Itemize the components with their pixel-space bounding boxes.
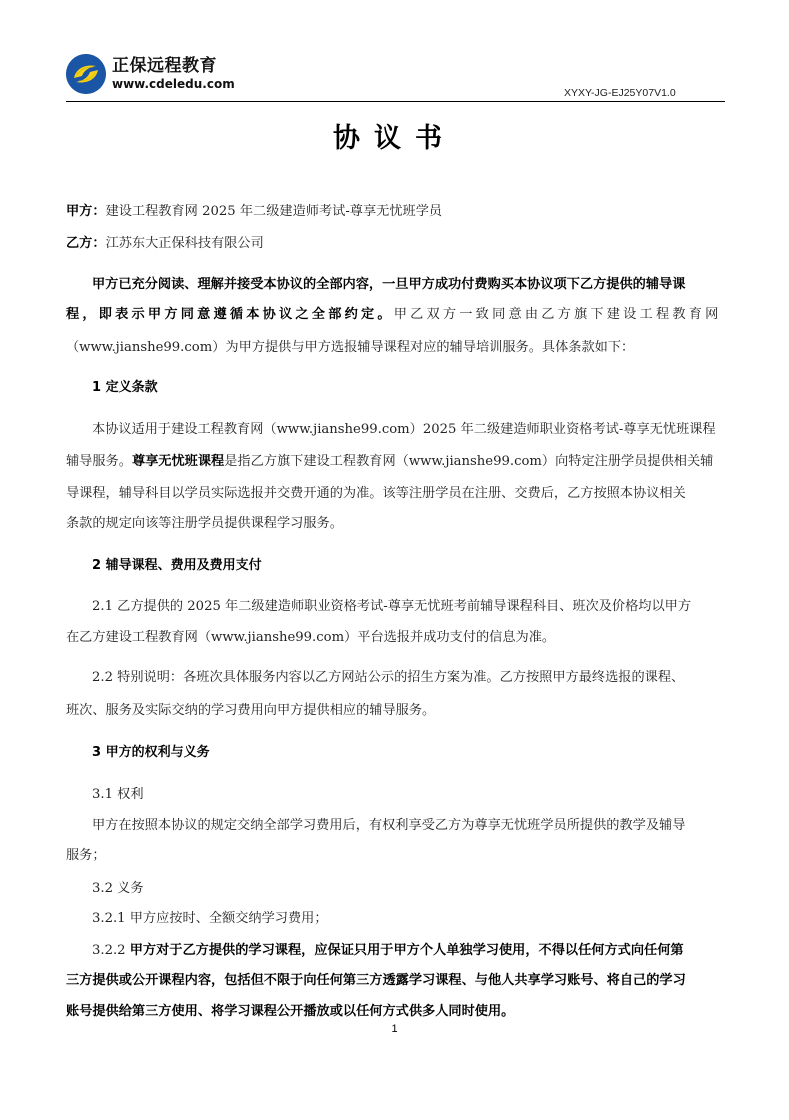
section-1-defined-term: 尊享无忧班课程 — [132, 454, 224, 469]
section-1-line-1: 本协议适用于建设工程教育网（www.jianshe99.com）2025 年二级… — [92, 421, 725, 439]
intro-line-2: 程，即表示甲方同意遵循本协议之全部约定。甲乙双方一致同意由乙方旗下建设工程教育网 — [66, 306, 725, 324]
section-1-line-2-prefix: 辅导服务。 — [66, 454, 132, 469]
section-1-line-3: 导课程，辅导科目以学员实际选报并交费开通的为准。该等注册学员在注册、交费后，乙方… — [66, 485, 725, 503]
intro-line-1: 甲方已充分阅读、理解并接受本协议的全部内容，一旦甲方成功付费购买本协议项下乙方提… — [92, 276, 725, 294]
section-1-line-2-suffix: 是指乙方旗下建设工程教育网（www.jianshe99.com）向特定注册学员提… — [224, 454, 713, 469]
clause-3-2-2-number: 3.2.2 — [92, 943, 130, 958]
clause-2-1-line-2: 在乙方建设工程教育网（www.jianshe99.com）平台选报并成功支付的信… — [66, 629, 725, 647]
clause-3-1-line-1: 甲方在按照本协议的规定交纳全部学习费用后，有权利享受乙方为尊享无忧班学员所提供的… — [92, 817, 725, 835]
clause-3-2-title: 3.2 义务 — [92, 880, 725, 898]
party-a-label: 甲方： — [66, 204, 106, 219]
party-b-value: 江苏东大正保科技有限公司 — [106, 236, 264, 251]
cdeledu-swirl-logo-icon — [66, 54, 106, 94]
clause-3-1-title: 3.1 权利 — [92, 786, 725, 804]
clause-2-2-line-2: 班次、服务及实际交纳的学习费用向甲方提供相应的辅导服务。 — [66, 702, 725, 720]
clause-3-1-line-2: 服务； — [66, 847, 725, 865]
party-b-line: 乙方：江苏东大正保科技有限公司 — [66, 235, 725, 253]
header-divider — [66, 101, 725, 102]
section-1-line-4: 条款的规定向该等注册学员提供课程学习服务。 — [66, 515, 725, 533]
clause-3-2-2-line-1: 3.2.2 甲方对于乙方提供的学习课程，应保证只用于甲方个人单独学习使用，不得以… — [92, 942, 725, 960]
brand-name: 正保远程教育 — [112, 56, 235, 76]
brand-url: www.cdeledu.com — [112, 76, 235, 92]
page-number: 1 — [0, 1023, 789, 1035]
section-1-heading: 1 定义条款 — [92, 379, 725, 397]
clause-3-2-2-text: 甲方对于乙方提供的学习课程，应保证只用于甲方个人单独学习使用，不得以任何方式向任… — [130, 943, 684, 958]
party-a-line: 甲方：建设工程教育网 2025 年二级建造师考试-尊享无忧班学员 — [66, 203, 725, 221]
section-1-line-2: 辅导服务。尊享无忧班课程是指乙方旗下建设工程教育网（www.jianshe99.… — [66, 453, 725, 471]
intro-line-2-normal: 甲乙双方一致同意由乙方旗下建设工程教育网 — [394, 307, 722, 322]
section-2-heading: 2 辅导课程、费用及费用支付 — [92, 557, 725, 575]
clause-2-2-line-1: 2.2 特别说明：各班次具体服务内容以乙方网站公示的招生方案为准。乙方按照甲方最… — [92, 669, 725, 687]
document-page: 正保远程教育 www.cdeledu.com XYXY-JG-EJ25Y07V1… — [0, 0, 789, 1120]
party-a-value: 建设工程教育网 2025 年二级建造师考试-尊享无忧班学员 — [106, 204, 443, 219]
document-code: XYXY-JG-EJ25Y07V1.0 — [564, 87, 676, 99]
section-3-heading: 3 甲方的权利与义务 — [92, 744, 725, 762]
brand-block: 正保远程教育 www.cdeledu.com — [112, 56, 235, 92]
document-title: 协议书 — [0, 116, 789, 155]
party-b-label: 乙方： — [66, 236, 106, 251]
clause-3-2-2-line-3: 账号提供给第三方使用、将学习课程公开播放或以任何方式供多人同时使用。 — [66, 1003, 725, 1021]
clause-3-2-2-line-2: 三方提供或公开课程内容，包括但不限于向任何第三方透露学习课程、与他人共享学习账号… — [66, 972, 725, 990]
intro-line-3: （www.jianshe99.com）为甲方提供与甲方选报辅导课程对应的辅导培训… — [66, 339, 725, 357]
intro-line-2-bold: 程，即表示甲方同意遵循本协议之全部约定。 — [66, 307, 394, 322]
clause-2-1-line-1: 2.1 乙方提供的 2025 年二级建造师职业资格考试-尊享无忧班考前辅导课程科… — [92, 598, 725, 616]
clause-3-2-1: 3.2.1 甲方应按时、全额交纳学习费用； — [92, 910, 725, 928]
